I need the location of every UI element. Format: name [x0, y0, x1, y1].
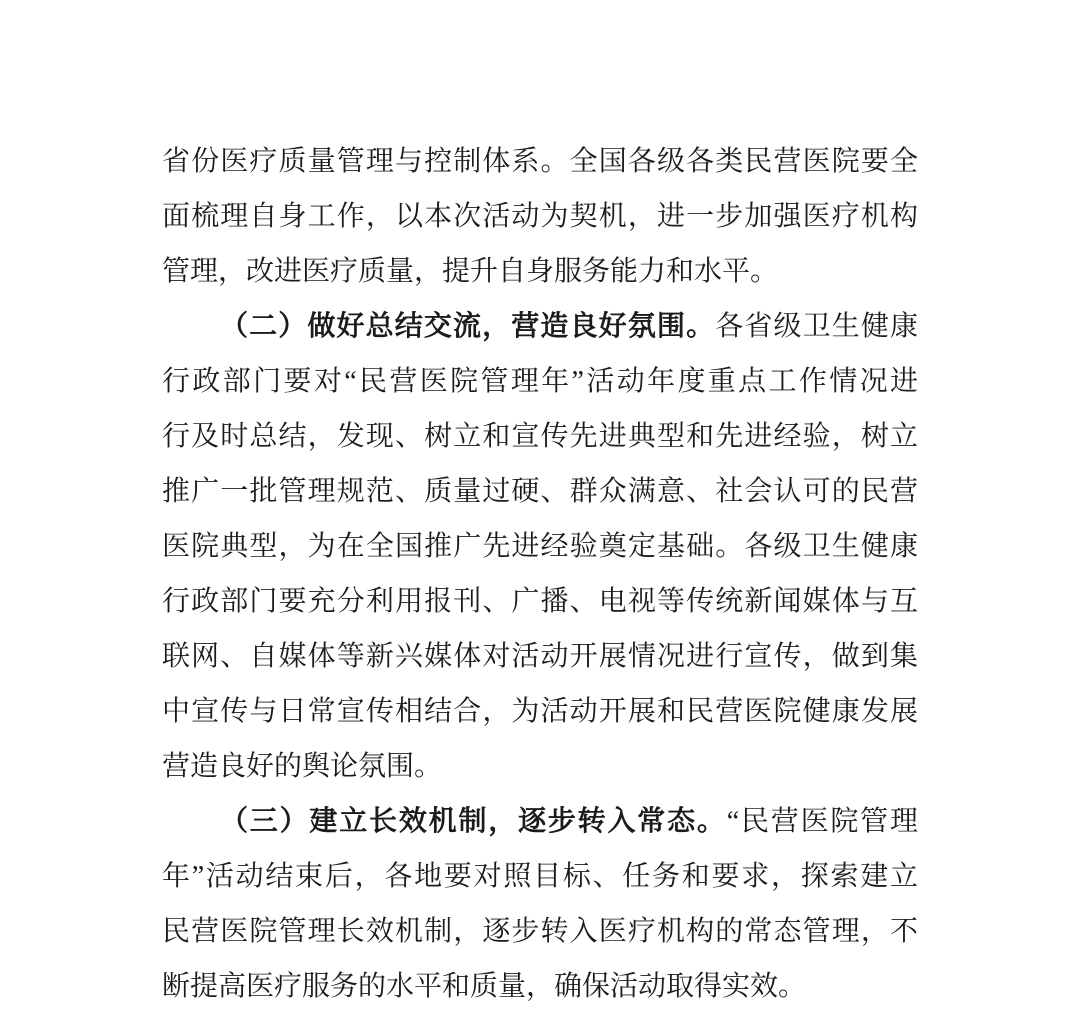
text-segment: “民营医院管理	[727, 806, 918, 837]
text-segment: 断提高医疗服务的水平和质量，确保活动取得实效。	[162, 971, 806, 1002]
text-line: 行政部门要对“民营医院管理年”活动年度重点工作情况进	[162, 354, 918, 409]
text-segment: 行政部门要充分利用报刊、广播、电视等传统新闻媒体与互	[162, 586, 918, 617]
text-segment: 管理，改进医疗质量，提升自身服务能力和水平。	[162, 256, 778, 287]
text-line: 年”活动结束后，各地要对照目标、任务和要求，探索建立	[162, 849, 918, 904]
text-segment: 民营医院管理长效机制，逐步转入医疗机构的常态管理，不	[162, 916, 918, 947]
text-segment: 中宣传与日常宣传相结合，为活动开展和民营医院健康发展	[162, 696, 918, 727]
text-line: 行政部门要充分利用报刊、广播、电视等传统新闻媒体与互	[162, 574, 918, 629]
text-segment: 省份医疗质量管理与控制体系。全国各级各类民营医院要全	[162, 146, 918, 177]
text-line: 联网、自媒体等新兴媒体对活动开展情况进行宣传，做到集	[162, 629, 918, 684]
text-line: 行及时总结，发现、树立和宣传先进典型和先进经验，树立	[162, 409, 918, 464]
text-line: 医院典型，为在全国推广先进经验奠定基础。各级卫生健康	[162, 519, 918, 574]
text-line: 面梳理自身工作，以本次活动为契机，进一步加强医疗机构	[162, 189, 918, 244]
text-segment: 行政部门要对“民营医院管理年”活动年度重点工作情况进	[162, 366, 918, 397]
text-line: 推广一批管理规范、质量过硬、群众满意、社会认可的民营	[162, 464, 918, 519]
text-segment: 医院典型，为在全国推广先进经验奠定基础。各级卫生健康	[162, 531, 918, 562]
bold-text-segment: （二）做好总结交流，营造良好氛围。	[220, 311, 715, 342]
text-line: （三）建立长效机制，逐步转入常态。“民营医院管理	[162, 794, 918, 849]
text-segment: 推广一批管理规范、质量过硬、群众满意、社会认可的民营	[162, 476, 918, 507]
text-line: 省份医疗质量管理与控制体系。全国各级各类民营医院要全	[162, 134, 918, 189]
text-line: 中宣传与日常宣传相结合，为活动开展和民营医院健康发展	[162, 684, 918, 739]
text-segment: 营造良好的舆论氛围。	[162, 751, 442, 782]
text-segment: 年”活动结束后，各地要对照目标、任务和要求，探索建立	[162, 861, 918, 892]
text-segment: 面梳理自身工作，以本次活动为契机，进一步加强医疗机构	[162, 201, 918, 232]
bold-text-segment: （三）建立长效机制，逐步转入常态。	[220, 806, 727, 837]
document-text-block: 省份医疗质量管理与控制体系。全国各级各类民营医院要全面梳理自身工作，以本次活动为…	[162, 134, 918, 1014]
text-line: 营造良好的舆论氛围。	[162, 739, 918, 794]
document-page: 省份医疗质量管理与控制体系。全国各级各类民营医院要全面梳理自身工作，以本次活动为…	[0, 0, 1080, 1031]
text-segment: 各省级卫生健康	[715, 311, 918, 342]
text-line: 断提高医疗服务的水平和质量，确保活动取得实效。	[162, 959, 918, 1014]
text-segment: 联网、自媒体等新兴媒体对活动开展情况进行宣传，做到集	[162, 641, 918, 672]
text-line: 民营医院管理长效机制，逐步转入医疗机构的常态管理，不	[162, 904, 918, 959]
text-line: （二）做好总结交流，营造良好氛围。各省级卫生健康	[162, 299, 918, 354]
text-line: 管理，改进医疗质量，提升自身服务能力和水平。	[162, 244, 918, 299]
text-segment: 行及时总结，发现、树立和宣传先进典型和先进经验，树立	[162, 421, 918, 452]
